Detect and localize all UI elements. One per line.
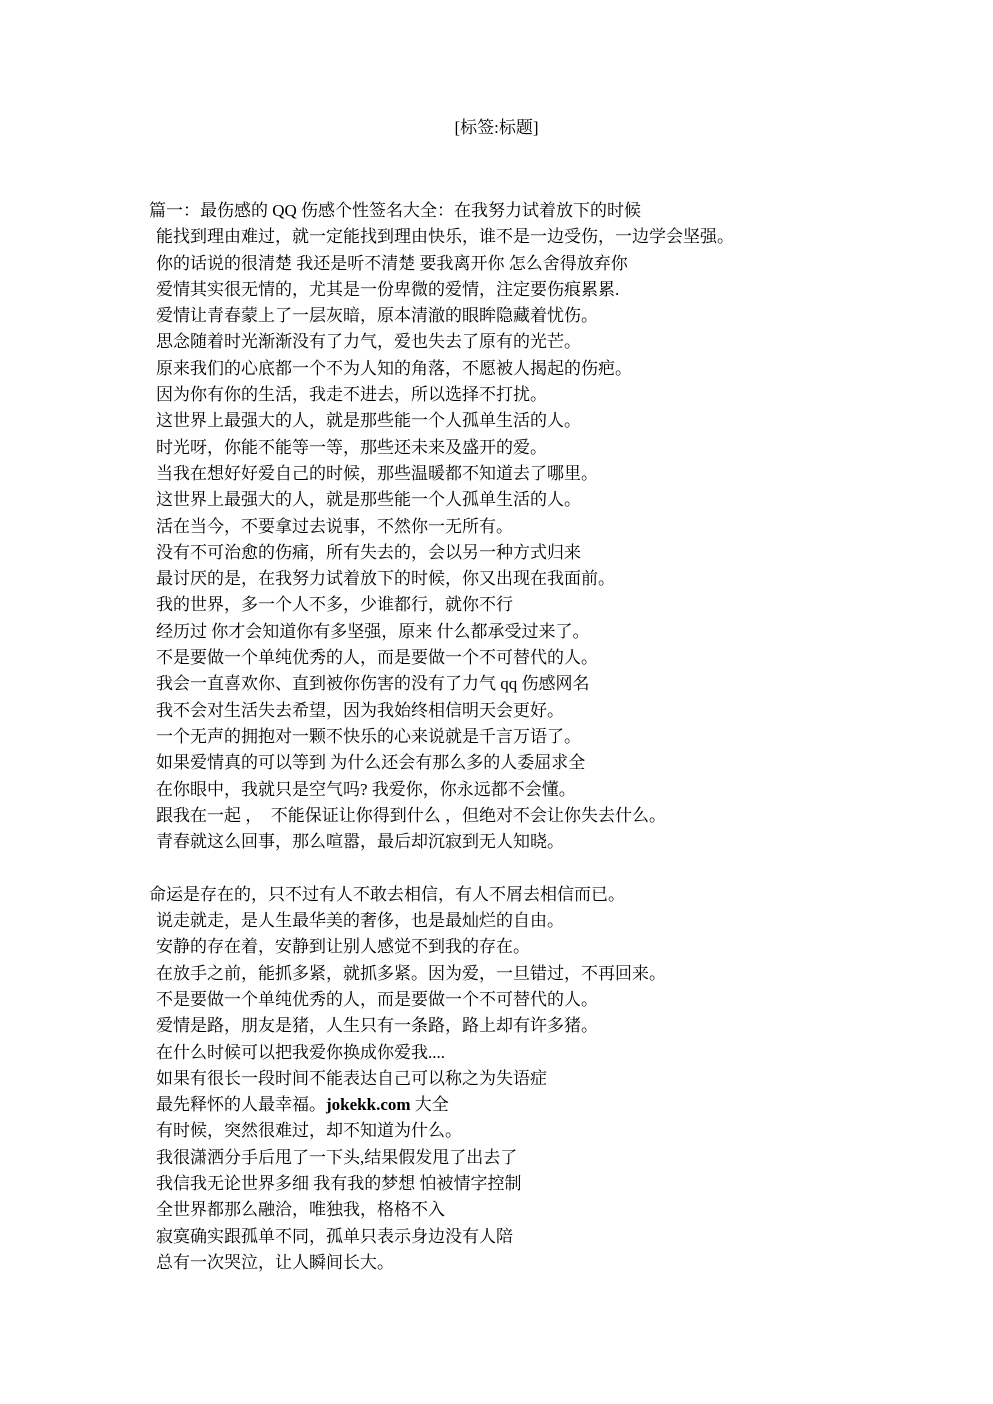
text-line: 时光呀，你能不能等一等，那些还未来及盛开的爱。	[149, 435, 909, 461]
section-2: 命运是存在的，只不过有人不敢去相信，有人不屑去相信而已。 说走就走，是人生最华美…	[149, 882, 909, 1276]
text-line: 有时候，突然很难过，却不知道为什么。	[149, 1118, 909, 1144]
text-line: 思念随着时光渐渐没有了力气，爱也失去了原有的光芒。	[149, 329, 909, 355]
text-line: 不是要做一个单纯优秀的人，而是要做一个不可替代的人。	[149, 987, 909, 1013]
text-line: 我的世界，多一个人不多，少谁都行，就你不行	[149, 592, 909, 618]
text-line: 在你眼中，我就只是空气吗? 我爱你，你永远都不会懂。	[149, 777, 909, 803]
text-line: 全世界都那么融洽，唯独我，格格不入	[149, 1197, 909, 1223]
text-line: 没有不可治愈的伤痛，所有失去的，会以另一种方式归来	[149, 540, 909, 566]
section-1-heading: 篇一：最伤感的 QQ 伤感个性签名大全：在我努力试着放下的时候	[149, 198, 909, 224]
line-fragment: 最先释怀的人最幸福。	[156, 1095, 326, 1114]
text-line: 因为你有你的生活，我走不进去，所以选择不打扰。	[149, 382, 909, 408]
text-line: 这世界上最强大的人，就是那些能一个人孤单生活的人。	[149, 408, 909, 434]
text-line: 最讨厌的是，在我努力试着放下的时候，你又出现在我面前。	[149, 566, 909, 592]
text-line: 一个无声的拥抱对一颗不快乐的心来说就是千言万语了。	[149, 724, 909, 750]
text-line: 寂寞确实跟孤单不同，孤单只表示身边没有人陪	[149, 1224, 909, 1250]
text-line: 我很潇洒分手后甩了一下头,结果假发甩了出去了	[149, 1145, 909, 1171]
section-2-heading: 命运是存在的，只不过有人不敢去相信，有人不屑去相信而已。	[149, 882, 909, 908]
site-name-text: jokekk.com	[326, 1095, 411, 1114]
line-fragment: 大全	[411, 1095, 449, 1114]
text-line: 我会一直喜欢你、直到被你伤害的没有了力气 qq 伤感网名	[149, 671, 909, 697]
text-line: 说走就走，是人生最华美的奢侈，也是最灿烂的自由。	[149, 908, 909, 934]
text-line: 原来我们的心底都一个不为人知的角落，不愿被人揭起的伤疤。	[149, 356, 909, 382]
text-line: 爱情是路，朋友是猪，人生只有一条路，路上却有许多猪。	[149, 1013, 909, 1039]
text-line: 你的话说的很清楚 我还是听不清楚 要我离开你 怎么舍得放弃你	[149, 251, 909, 277]
section-1: 篇一：最伤感的 QQ 伤感个性签名大全：在我努力试着放下的时候 能找到理由难过，…	[149, 198, 909, 855]
text-line: 总有一次哭泣，让人瞬间长大。	[149, 1250, 909, 1276]
text-line: 跟我在一起 ， 不能保证让你得到什么 ，但绝对不会让你失去什么。	[149, 803, 909, 829]
text-line: 能找到理由难过，就一定能找到理由快乐，谁不是一边受伤，一边学会坚强。	[149, 224, 909, 250]
text-line: 当我在想好好爱自己的时候，那些温暖都不知道去了哪里。	[149, 461, 909, 487]
text-line: 经历过 你才会知道你有多坚强，原来 什么都承受过来了。	[149, 619, 909, 645]
text-line: 活在当今，不要拿过去说事，不然你一无所有。	[149, 514, 909, 540]
text-line: 我信我无论世界多细 我有我的梦想 怕被情字控制	[149, 1171, 909, 1197]
text-line: 在放手之前，能抓多紧，就抓多紧。因为爱，一旦错过，不再回来。	[149, 961, 909, 987]
section-divider-space	[149, 855, 909, 881]
document-body: 篇一：最伤感的 QQ 伤感个性签名大全：在我努力试着放下的时候 能找到理由难过，…	[149, 198, 909, 1276]
text-line: 在什么时候可以把我爱你换成你爱我....	[149, 1040, 909, 1066]
text-line: 这世界上最强大的人，就是那些能一个人孤单生活的人。	[149, 487, 909, 513]
text-line: 爱情其实很无情的，尤其是一份卑微的爱情，注定要伤痕累累.	[149, 277, 909, 303]
text-line: 青春就这么回事，那么喧嚣，最后却沉寂到无人知晓。	[149, 829, 909, 855]
text-line-with-site: 最先释怀的人最幸福。jokekk.com 大全	[149, 1092, 909, 1118]
text-line: 如果爱情真的可以等到 为什么还会有那么多的人委屈求全	[149, 750, 909, 776]
page-title: [标签:标题]	[0, 114, 993, 141]
text-line: 安静的存在着，安静到让别人感觉不到我的存在。	[149, 934, 909, 960]
text-line: 如果有很长一段时间不能表达自己可以称之为失语症	[149, 1066, 909, 1092]
text-line: 爱情让青春蒙上了一层灰暗，原本清澈的眼眸隐藏着忧伤。	[149, 303, 909, 329]
document-page: [标签:标题] 篇一：最伤感的 QQ 伤感个性签名大全：在我努力试着放下的时候 …	[0, 0, 993, 1404]
text-line: 我不会对生活失去希望，因为我始终相信明天会更好。	[149, 698, 909, 724]
text-line: 不是要做一个单纯优秀的人，而是要做一个不可替代的人。	[149, 645, 909, 671]
